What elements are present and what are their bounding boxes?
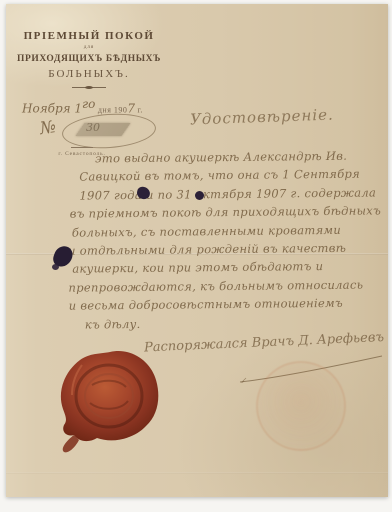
letterhead-line2: для bbox=[14, 45, 164, 50]
letterhead-line1: ПРІЕМНЫЙ ПОКОЙ bbox=[14, 30, 164, 42]
wax-seal bbox=[52, 345, 168, 457]
letterhead: ПРІЕМНЫЙ ПОКОЙ для ПРИХОДЯЩИХЪ БѢДНЫХЪ Б… bbox=[14, 30, 164, 89]
faint-ink-stamp bbox=[256, 361, 346, 451]
document-title: Удостовѣреніе. bbox=[190, 105, 334, 128]
printed-year-suffix: г. bbox=[138, 105, 143, 114]
document-scan: ПРІЕМНЫЙ ПОКОЙ для ПРИХОДЯЩИХЪ БѢДНЫХЪ Б… bbox=[0, 0, 392, 512]
city-divider bbox=[71, 147, 93, 148]
ink-blot bbox=[52, 264, 59, 270]
letterhead-line4: БОЛЬНЫХЪ. bbox=[14, 68, 164, 80]
handwritten-day-suffix: го bbox=[82, 97, 95, 111]
number-line: № 30 bbox=[40, 114, 170, 150]
date-line: Ноября 1го дня 1907 г. bbox=[22, 97, 182, 115]
letterhead-line3: ПРИХОДЯЩИХЪ БѢДНЫХЪ bbox=[14, 54, 164, 64]
number-smudge bbox=[75, 123, 130, 136]
body-text: это выдано акушеркѣ Александрѣ Ив. Савиц… bbox=[67, 148, 391, 335]
letterhead-ornament bbox=[72, 86, 106, 89]
ink-blot bbox=[195, 191, 204, 200]
paper-sheet: ПРІЕМНЫЙ ПОКОЙ для ПРИХОДЯЩИХЪ БѢДНЫХЪ Б… bbox=[6, 4, 388, 497]
number-symbol: № bbox=[39, 117, 58, 139]
paper-crease bbox=[6, 472, 388, 474]
